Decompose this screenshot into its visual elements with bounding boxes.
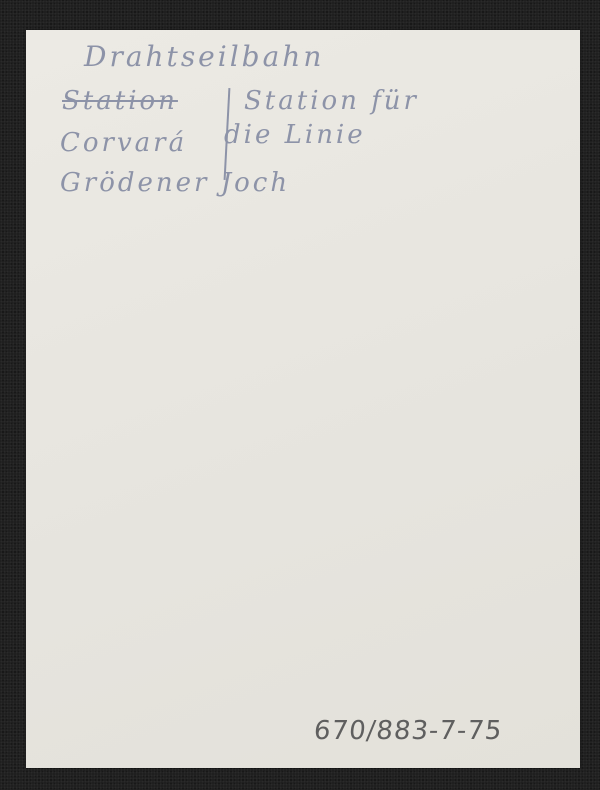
handwritten-line-3: die Linie bbox=[224, 120, 366, 150]
archival-card-back: Drahtseilbahn Station Station für Corvar… bbox=[26, 30, 580, 768]
handwritten-place-name: Corvará bbox=[60, 128, 187, 158]
handwritten-line-2: Station für bbox=[244, 86, 419, 116]
archive-number: 670/883-7-75 bbox=[312, 716, 504, 746]
handwritten-line-4: Grödener Joch bbox=[60, 168, 290, 198]
handwritten-line-1: Drahtseilbahn bbox=[84, 40, 324, 73]
handwritten-struck-word: Station bbox=[62, 86, 178, 116]
